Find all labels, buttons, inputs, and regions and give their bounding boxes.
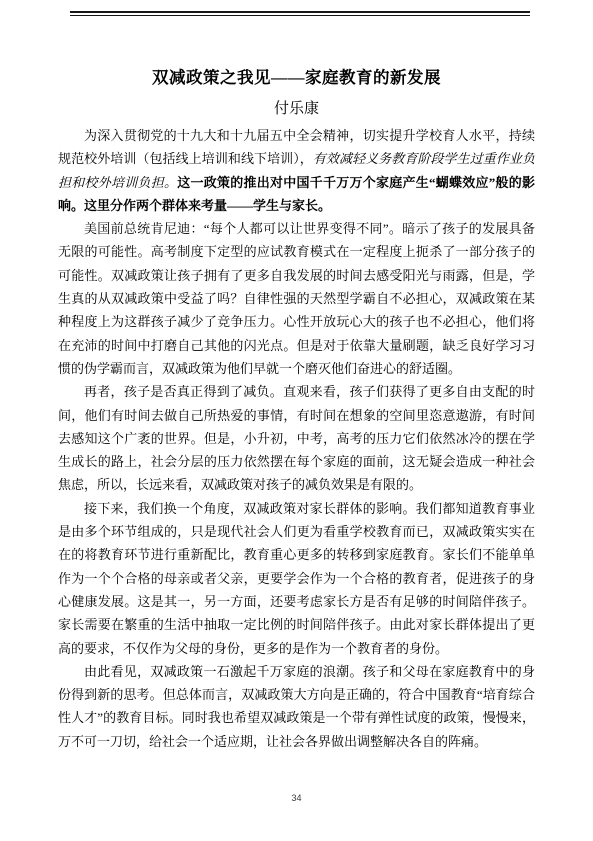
document-title: 双减政策之我见——家庭教育的新发展 xyxy=(58,66,535,90)
text-run-normal: 美国前总统肯尼迪：“每个人都可以让世界变得不同”。暗示了孩子的发展具备无限的可能… xyxy=(58,221,535,376)
header-rule xyxy=(70,11,530,16)
text-run-normal: 由此看见，双减政策一石激起千万家庭的浪潮。孩子和父母在家庭教育中的身份得到新的思… xyxy=(58,664,535,749)
document-author: 付乐康 xyxy=(58,97,535,121)
paragraph: 美国前总统肯尼迪：“每个人都可以让世界变得不同”。暗示了孩子的发展具备无限的可能… xyxy=(58,217,535,380)
page-number: 34 xyxy=(0,793,593,803)
paragraph: 再者，孩子是否真正得到了减负。直观来看，孩子们获得了更多自由支配的时间，他们有时… xyxy=(58,380,535,496)
document-body: 为深入贯彻党的十九大和十九届五中全会精神，切实提升学校育人水平，持续规范校外培训… xyxy=(58,124,535,753)
paragraph: 由此看见，双减政策一石激起千万家庭的浪潮。孩子和父母在家庭教育中的身份得到新的思… xyxy=(58,660,535,753)
paragraph: 为深入贯彻党的十九大和十九届五中全会精神，切实提升学校育人水平，持续规范校外培训… xyxy=(58,124,535,217)
paragraph: 接下来，我们换一个角度，双减政策对家长群体的影响。我们都知道教育事业是由多个环节… xyxy=(58,497,535,660)
text-run-normal: 接下来，我们换一个角度，双减政策对家长群体的影响。我们都知道教育事业是由多个环节… xyxy=(58,501,535,656)
document-page: 双减政策之我见——家庭教育的新发展 付乐康 为深入贯彻党的十九大和十九届五中全会… xyxy=(0,0,593,841)
text-run-normal: 再者，孩子是否真正得到了减负。直观来看，孩子们获得了更多自由支配的时间，他们有时… xyxy=(58,384,535,492)
